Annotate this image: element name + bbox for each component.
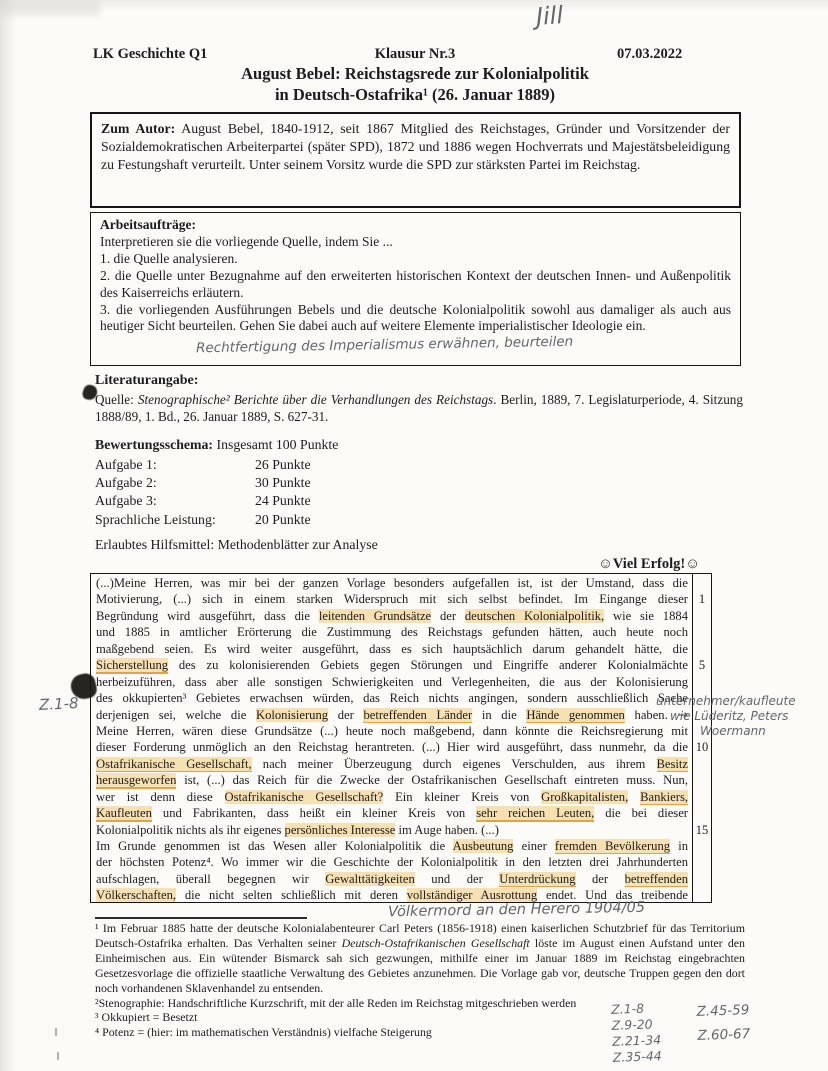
exam-title-line2: in Deutsch-Ostafrika¹ (26. Januar 1889) <box>90 84 740 105</box>
rating-table: Aufgabe 1:26 Punkte Aufgabe 2:30 Punkte … <box>95 456 455 529</box>
tasks-intro: Interpretieren sie die vorliegende Quell… <box>100 234 731 251</box>
line-number <box>693 887 711 903</box>
line-number: 15 <box>693 822 711 838</box>
source-text-line: und 1885 in amtlicher Erörterung die Zus… <box>96 624 688 640</box>
literature-heading: Literaturangabe: <box>95 373 198 389</box>
rating-row-name: Aufgabe 1: <box>95 456 255 474</box>
source-text-line: aufschlagen, überall begegnen wir Gewalt… <box>96 871 688 887</box>
source-text-line: herbeizuführen, dass aber alle sonstigen… <box>96 674 688 690</box>
rating-heading: Bewertungsschema: Insgesamt 100 Punkte <box>95 437 338 453</box>
line-range-note: Z.35-44 <box>613 1048 662 1066</box>
line-number: 5 <box>693 657 711 673</box>
line-number <box>693 871 711 887</box>
source-text-line: wer ist denn diese Ostafrikanische Gesel… <box>96 789 688 805</box>
author-box: Zum Autor: August Bebel, 1840-1912, seit… <box>90 112 741 208</box>
author-box-label: Zum Autor: <box>101 121 175 136</box>
exam-title-line1: August Bebel: Reichstagsrede zur Kolonia… <box>90 63 740 84</box>
source-text-lines: (...)Meine Herren, was mir bei der ganze… <box>91 574 692 902</box>
line-number <box>693 838 711 854</box>
footnote-separator <box>95 917 307 919</box>
source-text-line: Begründung wird ausgeführt, dass die lei… <box>96 608 688 624</box>
source-text-line: dieser Forderung unmöglich an den Reichs… <box>96 739 688 755</box>
line-number <box>693 772 711 788</box>
line-range-note: Z.21-34 <box>612 1032 661 1050</box>
task-item-2: 2. die Quelle unter Bezugnahme auf den e… <box>100 268 731 302</box>
rating-row-points: 20 Punkte <box>255 511 455 529</box>
line-number <box>693 674 711 690</box>
line-number <box>693 575 711 591</box>
margin-note-right-handwritten: unternehmer/kaufleute wie Lüderitz, Pete… <box>656 694 796 739</box>
pen-mark <box>55 1028 57 1036</box>
good-luck-line: ☺Viel Erfolg!☺ <box>90 556 712 573</box>
author-box-text: August Bebel, 1840-1912, seit 1867 Mitgl… <box>101 121 730 172</box>
source-text-line: maßgebend seien. Es wird weiter ausgefüh… <box>96 641 688 657</box>
allowed-aids-line: Erlaubtes Hilfsmittel: Methodenblätter z… <box>95 537 378 553</box>
line-range-note: Z.60-67 <box>697 1022 751 1048</box>
rating-row-points: 30 Punkte <box>255 474 455 492</box>
line-range-note: Z.9-20 <box>611 1016 660 1034</box>
scanned-exam-page: Jill LK Geschichte Q1 Klausur Nr.3 07.03… <box>0 0 828 1071</box>
line-number <box>693 608 711 624</box>
rating-row-name: Sprachliche Leistung: <box>95 511 255 529</box>
margin-note-left-handwritten: Z.1-8 <box>39 694 79 714</box>
header-date: 07.03.2022 <box>617 46 682 63</box>
exam-title: August Bebel: Reichstagsrede zur Kolonia… <box>90 63 740 105</box>
source-text-line: Sicherstellung des zu kolonisierenden Ge… <box>96 657 688 673</box>
source-text-line: Kolonialpolitik nichts als ihr eigenes p… <box>96 822 688 838</box>
line-number <box>693 756 711 772</box>
source-text-line: Kaufleuten und Fabrikanten, dass heißt e… <box>96 805 688 821</box>
source-text-line: Im Grunde genommen ist das Wesen aller K… <box>96 838 688 854</box>
source-text-line: herausgeworfen ist, (...) das Reich für … <box>96 772 688 788</box>
source-text-line: derjenigen sei, welche die Kolonisierung… <box>96 707 688 723</box>
line-number <box>693 624 711 640</box>
line-number: 1 <box>693 591 711 607</box>
below-box-note-handwritten: Völkermord an den Herero 1904/05 <box>388 900 645 920</box>
source-text-line: Meine Herren, wären diese Grundsätze (..… <box>96 723 688 739</box>
rating-total: Insgesamt 100 Punkte <box>213 437 338 452</box>
scan-smudge <box>0 0 100 16</box>
tasks-heading: Arbeitsaufträge: <box>100 217 731 234</box>
line-number <box>693 805 711 821</box>
rating-row-points: 26 Punkte <box>255 456 455 474</box>
source-text-line: der höchsten Potenz⁴. Wo immer wir die G… <box>96 854 688 870</box>
line-number: 10 <box>693 739 711 755</box>
pen-mark <box>57 1052 59 1060</box>
source-text-line: des okkupierten³ Gebietes erwachsen würd… <box>96 690 688 706</box>
task-item-3: 3. die vorliegenden Ausführungen Bebels … <box>100 302 731 336</box>
source-text-line: Ostafrikanische Gesellschaft, nach meine… <box>96 756 688 772</box>
literature-citation: Quelle: Stenographische² Berichte über d… <box>95 391 743 425</box>
bottom-notes-col1: Z.1-8 Z.9-20 Z.21-34 Z.35-44 <box>611 1000 662 1066</box>
margin-note-line: Woermann <box>700 724 796 739</box>
margin-note-line: unternehmer/kaufleute <box>656 694 796 709</box>
line-range-note: Z.45-59 <box>696 998 750 1024</box>
rating-row-name: Aufgabe 2: <box>95 474 255 492</box>
source-text-line: Motivierung, (...) sich in einem starken… <box>96 591 688 607</box>
student-name-handwritten: Jill <box>535 1 564 31</box>
footnote-item: ¹ Im Februar 1885 hatte der deutsche Kol… <box>95 921 745 996</box>
line-range-note: Z.1-8 <box>611 1000 660 1018</box>
line-number <box>693 789 711 805</box>
rating-row-name: Aufgabe 3: <box>95 492 255 510</box>
line-number <box>693 854 711 870</box>
margin-note-line: wie Lüderitz, Peters <box>670 709 796 724</box>
source-text-line: (...)Meine Herren, was mir bei der ganze… <box>96 575 688 591</box>
rating-row-points: 24 Punkte <box>255 492 455 510</box>
rating-label: Bewertungsschema: <box>95 437 213 452</box>
task-item-1: 1. die Quelle analysieren. <box>100 251 731 268</box>
line-number <box>693 641 711 657</box>
source-text-box: (...)Meine Herren, was mir bei der ganze… <box>90 573 712 903</box>
bottom-notes-col2: Z.45-59 Z.60-67 <box>696 998 750 1048</box>
